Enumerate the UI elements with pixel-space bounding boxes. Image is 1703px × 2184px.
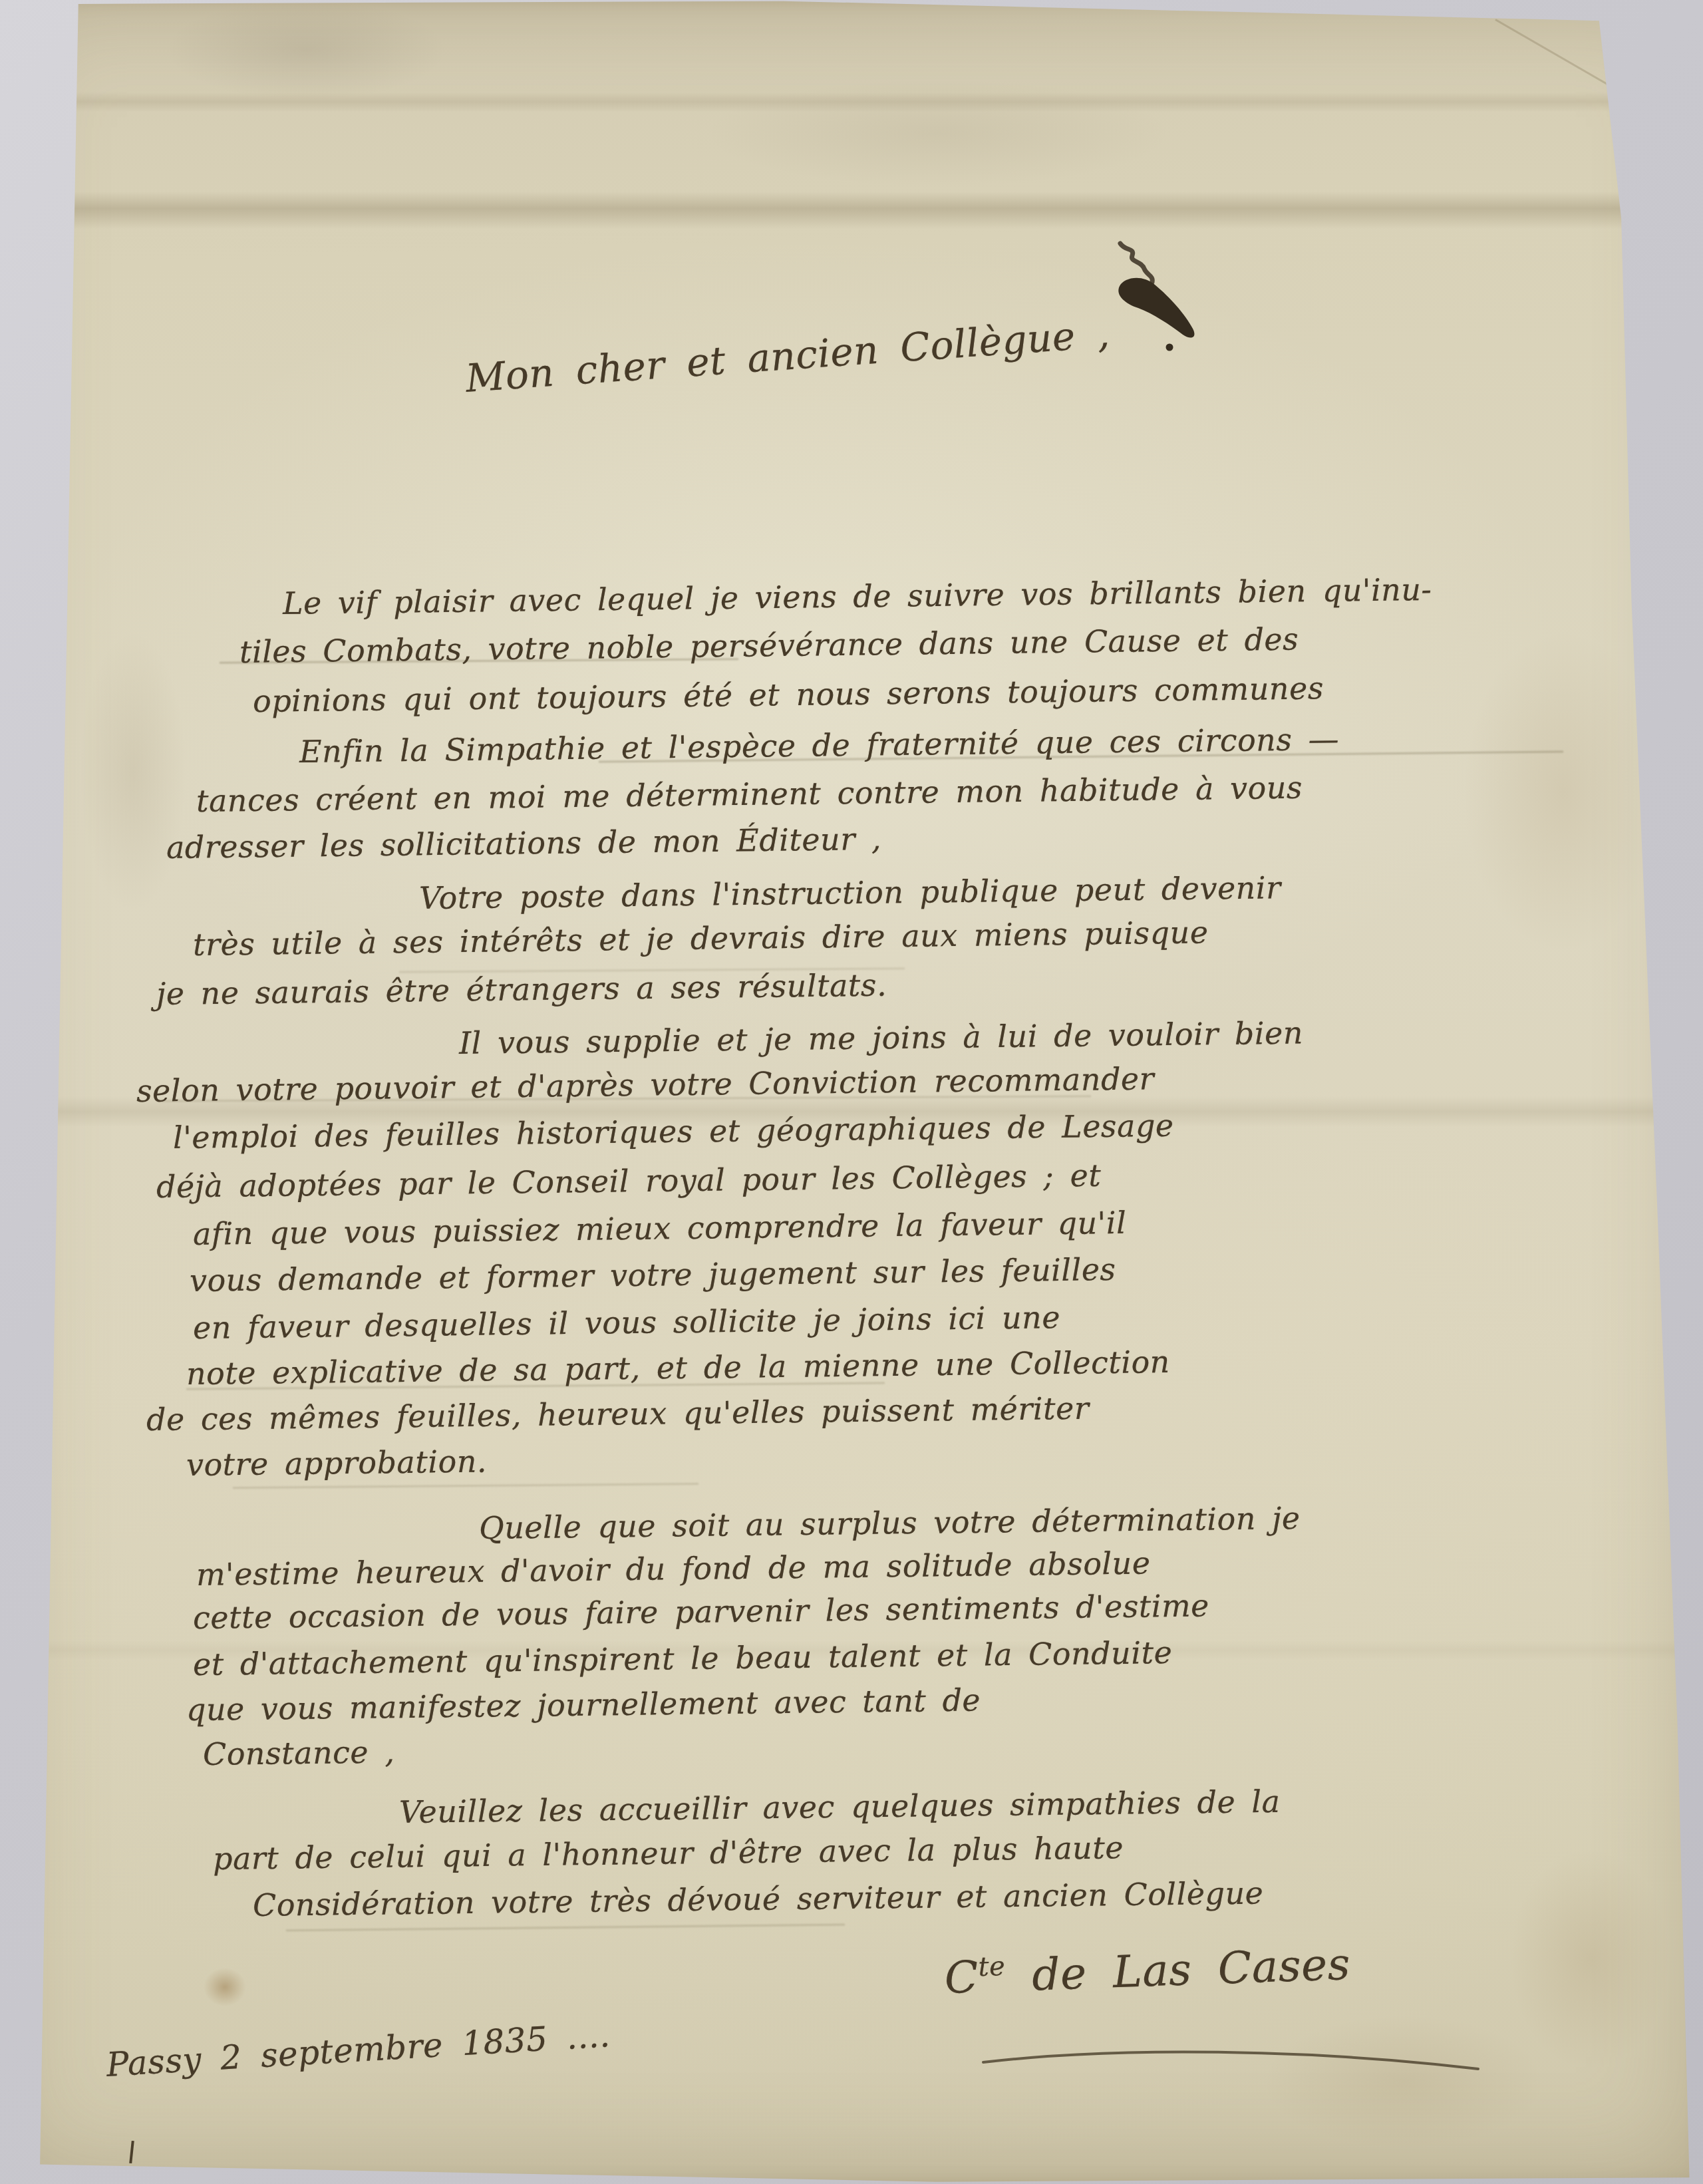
foxing-spot xyxy=(204,1968,246,2006)
paper-stain xyxy=(80,632,186,911)
photograph-of-letter: { "letter": { "salutation": "Mon cher et… xyxy=(0,0,1703,2184)
letter-line: tances créent en moi me déterminent cont… xyxy=(196,770,1303,819)
salutation: Mon cher et ancien Collègue , xyxy=(464,311,1112,401)
letter-line: déjà adoptées par le Conseil royal pour … xyxy=(156,1158,1102,1205)
signature-name: de Las Cases xyxy=(1031,1939,1351,2001)
letter-line: selon votre pouvoir et d'après votre Con… xyxy=(136,1060,1155,1109)
letter-line: de ces mêmes feuilles, heureux qu'elles … xyxy=(146,1390,1090,1438)
letter-line: l'emploi des feuilles historiques et géo… xyxy=(173,1108,1174,1156)
paper-stain xyxy=(1264,2016,1543,2149)
paper-stain xyxy=(166,0,446,100)
letter-line: en faveur desquelles il vous sollicite j… xyxy=(193,1299,1061,1346)
signature-superscript: te xyxy=(978,1951,1006,1982)
ink-offset-mark xyxy=(233,1483,698,1489)
letter-line: cette occasion de vous faire parvenir le… xyxy=(193,1587,1210,1636)
letter-line: Considération votre très dévoué serviteu… xyxy=(253,1875,1264,1923)
fold-crease-upper xyxy=(0,192,1703,229)
letter-line: je ne saurais être étrangers a ses résul… xyxy=(156,967,887,1012)
signature-flourish xyxy=(978,2034,1483,2081)
signature-initial: C xyxy=(944,1951,980,2004)
pen-mark xyxy=(129,2141,134,2163)
letter-line: Constance , xyxy=(203,1734,395,1772)
letter-line: Veuillez les accueillir avec quelques si… xyxy=(399,1784,1281,1830)
dateline: Passy 2 septembre 1835 .... xyxy=(105,2016,611,2084)
letter-line: m'estime heureux d'avoir du fond de ma s… xyxy=(196,1545,1151,1593)
letter-line: Enfin la Simpathie et l'espèce de frater… xyxy=(299,721,1340,770)
letter-line: Quelle que soit au surplus votre détermi… xyxy=(479,1500,1301,1546)
paper-stain xyxy=(1464,632,1663,951)
letter-line: que vous manifestez journellement avec t… xyxy=(186,1682,981,1728)
ink-blot xyxy=(1091,233,1264,359)
signature: Cte de Las Cases xyxy=(944,1939,1352,2004)
letter-line: Le vif plaisir avec lequel je viens de s… xyxy=(283,571,1432,621)
letter-line: vous demande et former votre jugement su… xyxy=(190,1251,1116,1299)
letter-line: part de celui qui a l'honneur d'être ave… xyxy=(213,1829,1124,1877)
ink-offset-mark xyxy=(286,1924,845,1932)
letter-line: opinions qui ont toujours été et nous se… xyxy=(253,670,1324,719)
letter-line: très utile à ses intérêts et je devrais … xyxy=(193,914,1209,963)
letter-line: adresser les sollicitations de mon Édite… xyxy=(166,821,882,865)
fold-crease-top xyxy=(0,92,1703,112)
letter-line: afin que vous puissiez mieux comprendre … xyxy=(193,1205,1127,1252)
paper-sheet: Mon cher et ancien Collègue , Le vif pla… xyxy=(0,0,1703,2184)
letter-line: note explicative de sa part, et de la mi… xyxy=(186,1344,1170,1392)
letter-line: et d'attachement qu'inspirent le beau ta… xyxy=(193,1635,1173,1682)
pen-mark-dot xyxy=(132,2170,137,2175)
paper-stain xyxy=(705,80,1171,186)
paper-stain xyxy=(1510,1849,1670,2069)
letter-line: votre approbation. xyxy=(186,1443,488,1483)
letter-line: tiles Combats, votre noble persévérance … xyxy=(239,621,1299,670)
letter-line: Il vous supplie et je me joins à lui de … xyxy=(459,1014,1303,1060)
letter-line: Votre poste dans l'instruction publique … xyxy=(419,869,1281,916)
corner-fold-line xyxy=(1495,19,1634,100)
